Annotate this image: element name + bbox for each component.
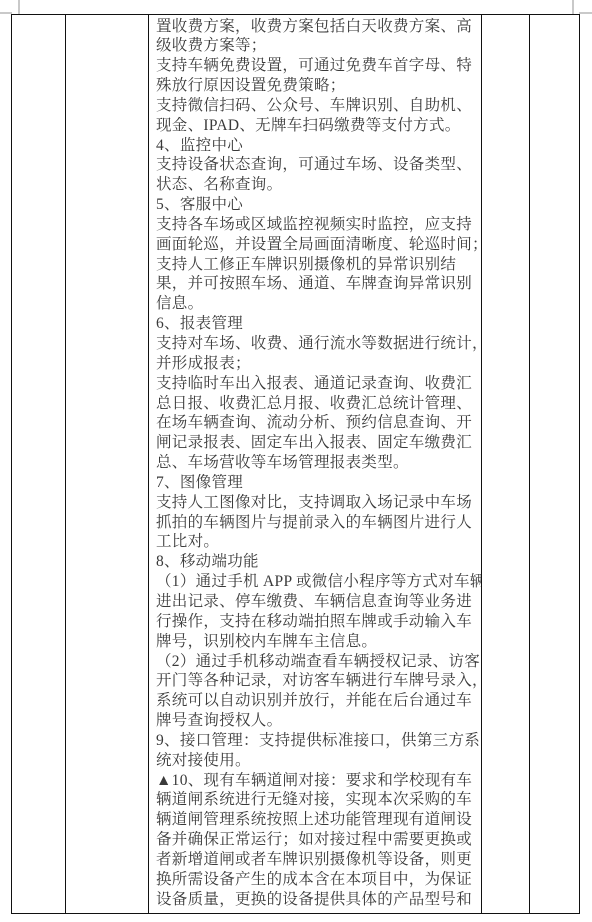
specification-table: 置收费方案，收费方案包括白天收费方案、高级收费方案等；支持车辆免费设置，可通过免… [11,14,580,914]
spec-text-line: 牌号查询授权人。 [156,711,477,731]
spec-text-line: 4、监控中心 [156,136,477,156]
spec-text-line: 辆道闸管理系统按照上述功能管理现有道闸设 [156,810,477,830]
document-page: 置收费方案，收费方案包括白天收费方案、高级收费方案等；支持车辆免费设置，可通过免… [0,0,592,922]
gridline-top-right-vertical [572,0,574,14]
spec-text-line: 抓拍的车辆图片与提前录入的车辆图片进行人 [156,513,477,533]
spec-text-line: 系统可以自动识别并放行，并能在后台通过车 [156,691,477,711]
spec-text-line: 8、移动端功能 [156,552,477,572]
spec-text-line: 并形成报表； [156,354,477,374]
spec-text-line: 9、接口管理：支持提供标准接口，供第三方系 [156,731,477,751]
spec-text-line: 信息。 [156,294,477,314]
spec-text-line: 支持各车场或区域监控视频实时监控，应支持 [156,215,477,235]
spec-text-line: 置收费方案，收费方案包括白天收费方案、高 [156,17,477,37]
spec-text-line: 备并确保正常运行；如对接过程中需要更换或 [156,830,477,850]
spec-text-line: 状态、名称查询。 [156,175,477,195]
spec-text-line: 工比对。 [156,532,477,552]
spec-text-line: 支持人工修正车牌识别摄像机的异常识别结 [156,255,477,275]
gridline-top-left-vertical [18,0,20,14]
table-cell-specification-text: 置收费方案，收费方案包括白天收费方案、高级收费方案等；支持车辆免费设置，可通过免… [149,15,482,913]
table-cell-empty-1 [12,15,66,913]
spec-text-line: 7、图像管理 [156,473,477,493]
table-cell-empty-4 [530,15,580,913]
spec-text-line: （2）通过手机移动端查看车辆授权记录、访客 [156,652,477,672]
spec-text-line: 支持设备状态查询，可通过车场、设备类型、 [156,155,477,175]
gridline-top-right-horizontal [579,12,592,14]
spec-text-line: 者新增道闸或者车牌识别摄像机等设备，则更 [156,850,477,870]
spec-text-line: 画面轮巡，并设置全局画面清晰度、轮巡时间； [156,235,477,255]
spec-text-line: （1）通过手机 APP 或微信小程序等方式对车辆 [156,572,477,592]
spec-text-line: 闸记录报表、固定车出入报表、固定车缴费汇 [156,433,477,453]
spec-text-line: 行操作，支持在移动端拍照车牌或手动输入车 [156,612,477,632]
spec-text-line: 牌号，识别校内车牌车主信息。 [156,632,477,652]
spec-text-line: 辆道闸系统进行无缝对接，实现本次采购的车 [156,790,477,810]
spec-text-line: 支持车辆免费设置，可通过免费车首字母、特 [156,56,477,76]
spec-text-line: 果，并可按照车场、通道、车牌查询异常识别 [156,274,477,294]
spec-text-line: 开门等各种记录，对访客车辆进行车牌号录入， [156,671,477,691]
table-cell-empty-2 [66,15,149,913]
spec-text-line: 殊放行原因设置免费策略； [156,76,477,96]
spec-text-line: 在场车辆查询、流动分析、预约信息查询、开 [156,413,477,433]
spec-text-line: 6、报表管理 [156,314,477,334]
spec-text-line: 现金、IPAD、无牌车扫码缴费等支付方式。 [156,116,477,136]
spec-text-line: ▲10、现有车辆道闸对接：要求和学校现有车 [156,771,477,791]
spec-text-line: 支持微信扫码、公众号、车牌识别、自助机、 [156,96,477,116]
spec-text-line: 换所需设备产生的成本含在本项目中，为保证 [156,870,477,890]
spec-text-line: 5、客服中心 [156,195,477,215]
spec-text-line: 支持临时车出入报表、通道记录查询、收费汇 [156,374,477,394]
spec-text-line: 支持人工图像对比，支持调取入场记录中车场 [156,493,477,513]
spec-text-line: 统对接使用。 [156,751,477,771]
spec-text-line: 总日报、收费汇总月报、收费汇总统计管理、 [156,394,477,414]
spec-text-line: 级收费方案等； [156,36,477,56]
spec-text-line: 进出记录、停车缴费、车辆信息查询等业务进 [156,592,477,612]
spec-text-line: 设备质量，更换的设备提供具体的产品型号和 [156,890,477,910]
spec-text-line: 总、车场营收等车场管理报表类型。 [156,453,477,473]
table-cell-empty-3 [482,15,530,913]
spec-text-line: 支持对车场、收费、通行流水等数据进行统计， [156,334,477,354]
